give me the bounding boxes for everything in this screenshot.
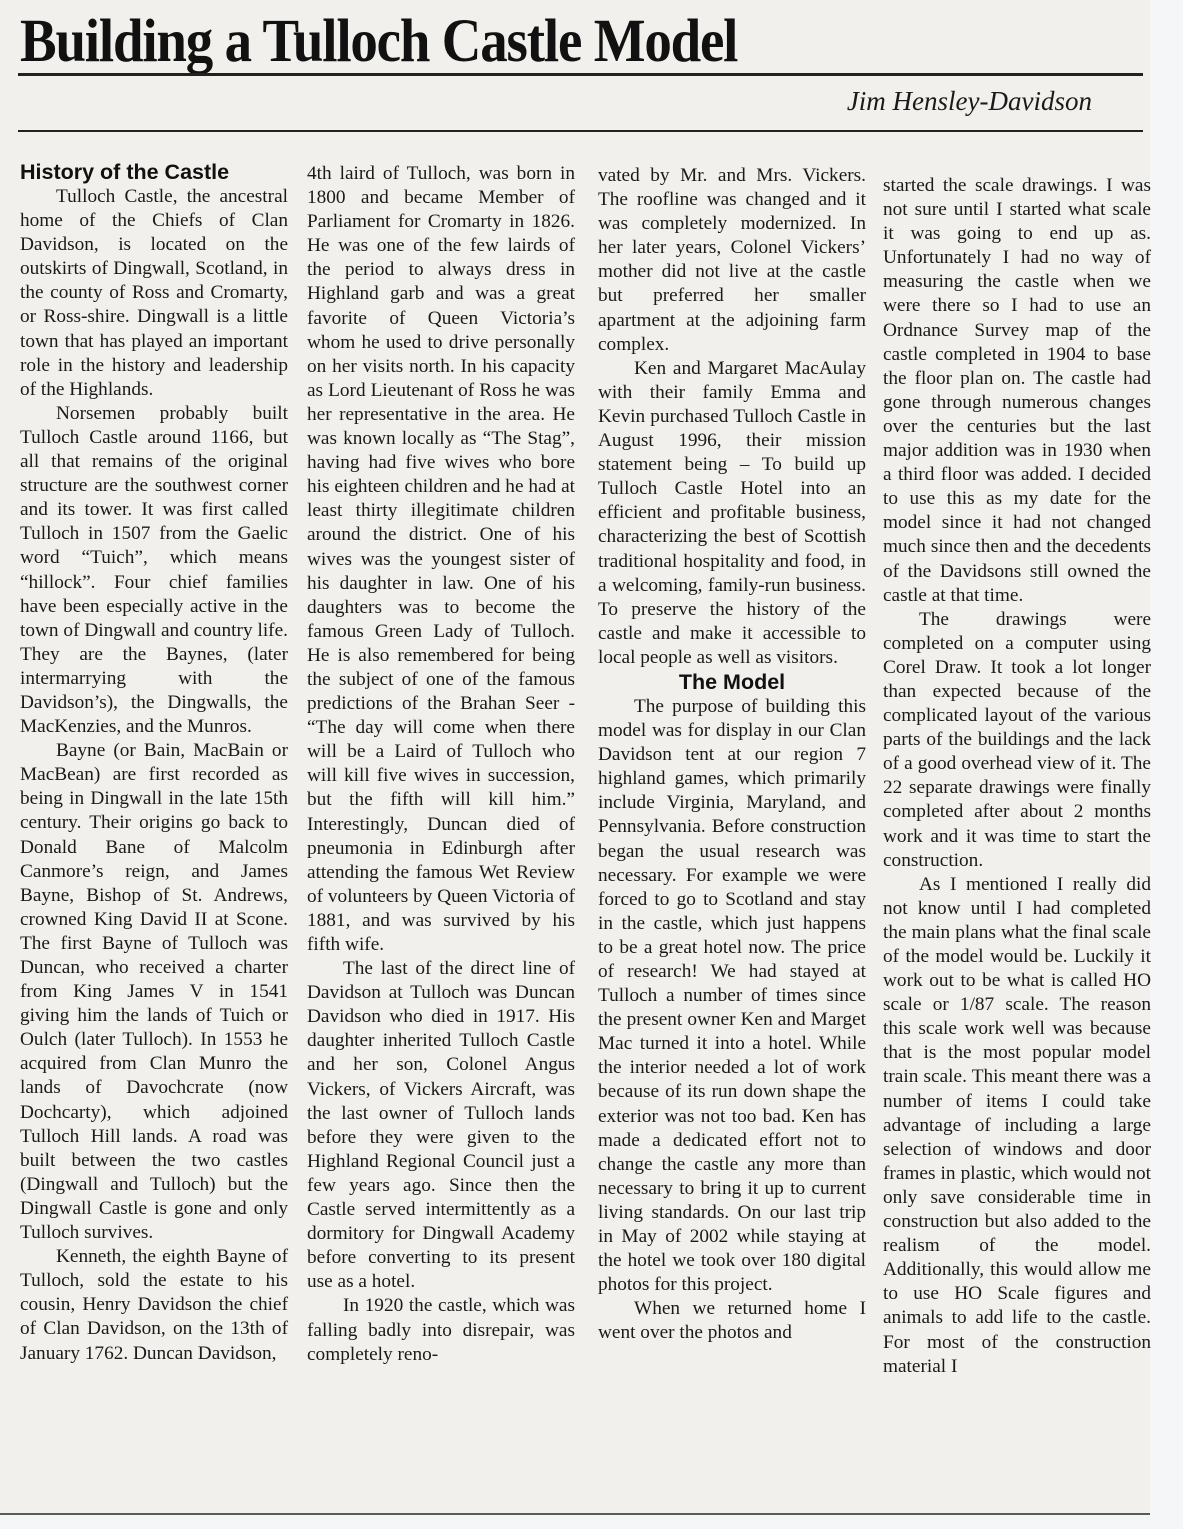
text-column-4: started the scale drawings. I was not su…	[883, 174, 1151, 1379]
text-column-3: vated by Mr. and Mrs. Vickers. The roofl…	[598, 164, 866, 1346]
paragraph: When we returned home I went over the ph…	[598, 1297, 866, 1345]
text-column-1: History of the Castle Tulloch Castle, th…	[20, 160, 288, 1366]
paragraph: The purpose of building this model was f…	[598, 695, 866, 1297]
paragraph: The last of the direct line of Davidson …	[307, 957, 575, 1294]
paragraph: Bayne (or Bain, MacBain or MacBean) are …	[20, 739, 288, 1245]
paragraph: Norsemen probably built Tulloch Castle a…	[20, 402, 288, 739]
author-byline: Jim Hensley-Davidson	[847, 84, 1092, 118]
paragraph: Kenneth, the eighth Bayne of Tulloch, so…	[20, 1245, 288, 1365]
section-heading-history: History of the Castle	[20, 160, 288, 185]
text-column-2: 4th laird of Tulloch, was born in 1800 a…	[307, 162, 575, 1367]
paragraph-continued: 4th laird of Tulloch, was born in 1800 a…	[307, 162, 575, 957]
article-title: Building a Tulloch Castle Model	[20, 6, 737, 78]
byline-rule	[18, 130, 1143, 132]
paragraph-continued: started the scale drawings. I was not su…	[883, 174, 1151, 608]
paragraph: The drawings were completed on a compute…	[883, 608, 1151, 873]
page-sheet: Building a Tulloch Castle Model Jim Hens…	[0, 0, 1150, 1515]
paragraph: As I mentioned I really did not know unt…	[883, 873, 1151, 1379]
paragraph: Ken and Margaret MacAulay with their fam…	[598, 357, 866, 670]
title-rule	[18, 73, 1143, 76]
paragraph: Tulloch Castle, the ancestral home of th…	[20, 185, 288, 402]
section-heading-model: The Model	[598, 670, 866, 695]
paragraph: In 1920 the castle, which was falling ba…	[307, 1294, 575, 1366]
paragraph-continued: vated by Mr. and Mrs. Vickers. The roofl…	[598, 164, 866, 357]
